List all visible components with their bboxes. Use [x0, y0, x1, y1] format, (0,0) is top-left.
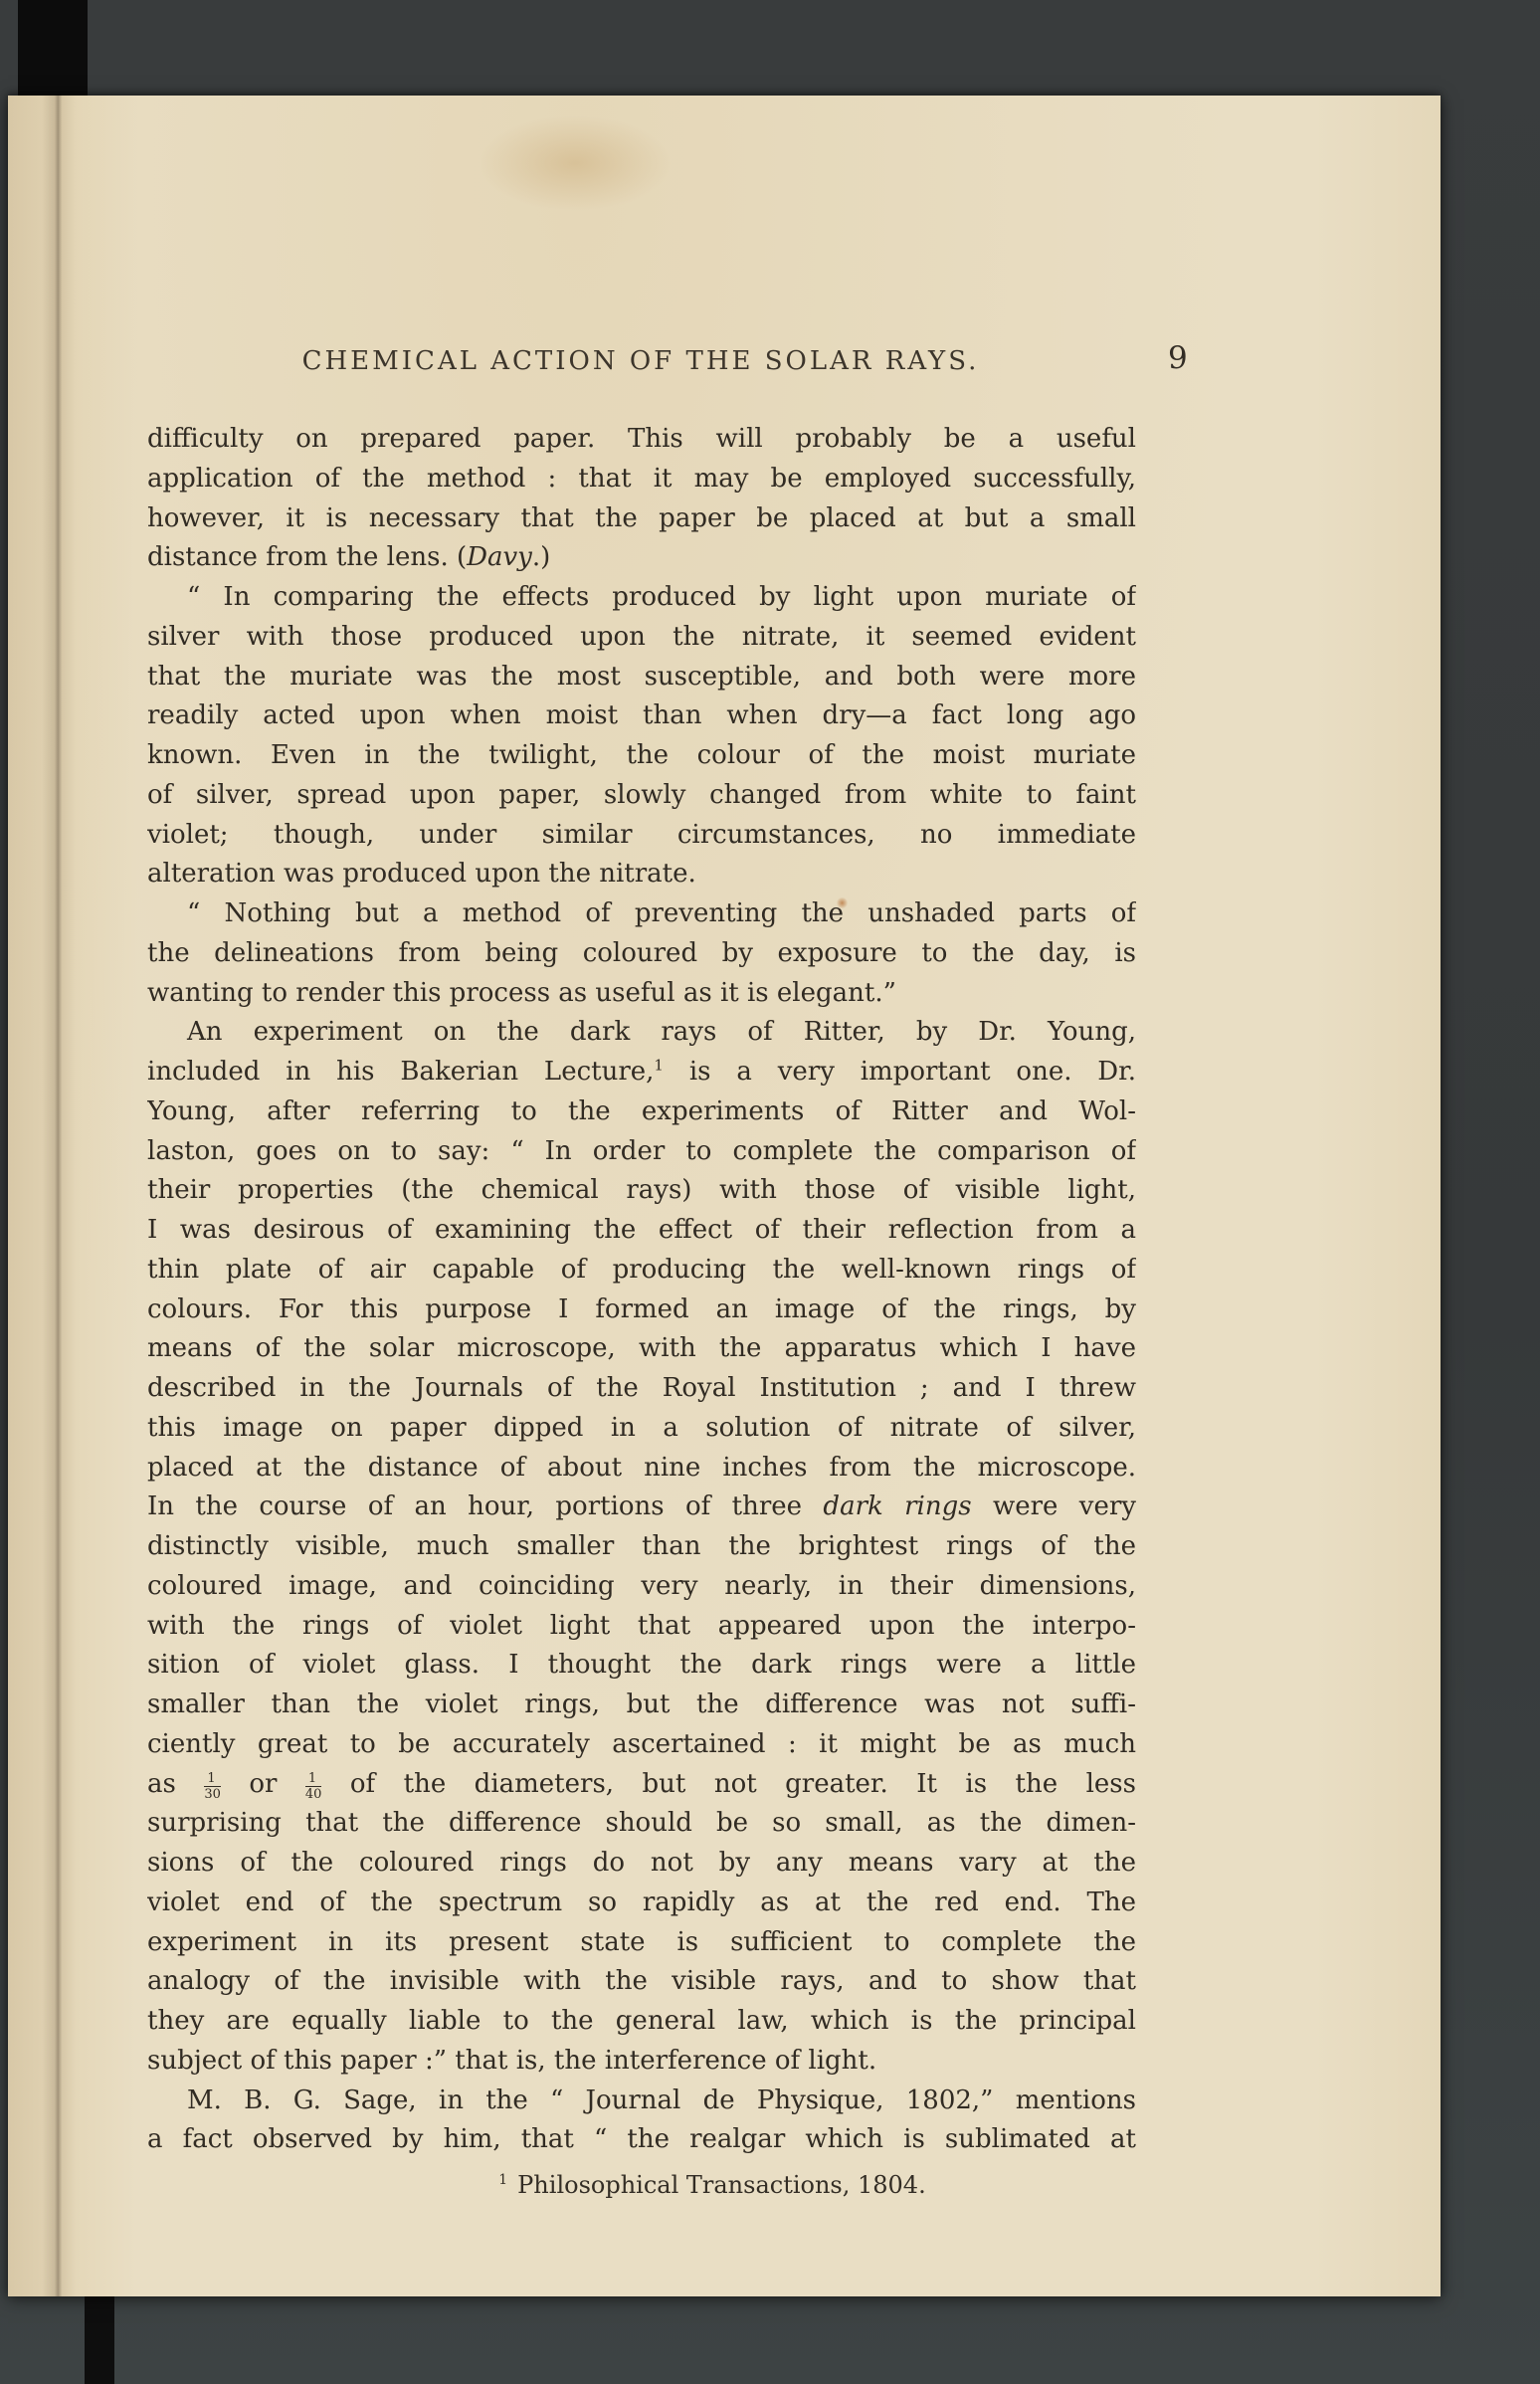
text-line: “ Nothing but a method of preventing the… [147, 898, 1136, 938]
text-line: “ In comparing the effects produced by l… [147, 582, 1136, 622]
text-line: distinctly visible, much smaller than th… [147, 1531, 1136, 1571]
text-line: the delineations from being coloured by … [147, 938, 1136, 978]
text-line: Young, after referring to the experiment… [147, 1096, 1136, 1136]
text-line: included in his Bakerian Lecture,1 is a … [147, 1057, 1136, 1096]
book-page: CHEMICAL ACTION OF THE SOLAR RAYS. 9 dif… [8, 96, 1441, 2296]
text-line: violet end of the spectrum so rapidly as… [147, 1887, 1136, 1927]
text-line: however, it is necessary that the paper … [147, 503, 1136, 543]
footnote-marker: 1 [498, 2172, 507, 2188]
text-line: violet; though, under similar circumstan… [147, 820, 1136, 860]
text-line: known. Even in the twilight, the colour … [147, 740, 1136, 780]
text-line: experiment in its present state is suffi… [147, 1927, 1136, 1967]
text-line: thin plate of air capable of producing t… [147, 1255, 1136, 1294]
text-line: colours. For this purpose I formed an im… [147, 1294, 1136, 1334]
text-line: coloured image, and coinciding very near… [147, 1571, 1136, 1611]
body-text: difficulty on prepared paper. This will … [147, 424, 1136, 2164]
fraction: 140 [305, 1772, 322, 1801]
book-spine-shadow-bottom [85, 2288, 114, 2384]
text-line: described in the Journals of the Royal I… [147, 1373, 1136, 1413]
text-line: readily acted upon when moist than when … [147, 700, 1136, 740]
text-line: means of the solar microscope, with the … [147, 1333, 1136, 1373]
page-number: 9 [1168, 340, 1188, 376]
text-line: placed at the distance of about nine inc… [147, 1453, 1136, 1492]
text-line: with the rings of violet light that appe… [147, 1611, 1136, 1651]
text-line: they are equally liable to the general l… [147, 2006, 1136, 2046]
text-line: smaller than the violet rings, but the d… [147, 1689, 1136, 1729]
text-line: their properties (the chemical rays) wit… [147, 1175, 1136, 1215]
text-line: application of the method : that it may … [147, 464, 1136, 503]
text-line: wanting to render this process as useful… [147, 978, 1136, 1018]
text-line: distance from the lens. (Davy.) [147, 542, 1136, 582]
text-line: subject of this paper :” that is, the in… [147, 2046, 1136, 2086]
text-line: sions of the coloured rings do not by an… [147, 1848, 1136, 1887]
text-line: ciently great to be accurately ascertain… [147, 1729, 1136, 1769]
text-line: M. B. G. Sage, in the “ Journal de Physi… [147, 2086, 1136, 2125]
text-line: sition of violet glass. I thought the da… [147, 1650, 1136, 1689]
fraction: 130 [204, 1772, 221, 1801]
book-spine-shadow-top [18, 0, 88, 98]
text-line: this image on paper dipped in a solution… [147, 1413, 1136, 1453]
text-line: as 130 or 140 of the diameters, but not … [147, 1769, 1136, 1809]
footnote-text: Philosophical Transactions, 1804. [517, 2171, 926, 2199]
text-line: of silver, spread upon paper, slowly cha… [147, 780, 1136, 820]
scanned-book-photo: CHEMICAL ACTION OF THE SOLAR RAYS. 9 dif… [0, 0, 1540, 2384]
text-line: analogy of the invisible with the visibl… [147, 1966, 1136, 2006]
text-line: alteration was produced upon the nitrate… [147, 859, 1136, 898]
text-line: An experiment on the dark rays of Ritter… [147, 1017, 1136, 1057]
gutter-crease [42, 96, 76, 2296]
text-line: surprising that the difference should be… [147, 1808, 1136, 1848]
paper-stain [476, 113, 674, 213]
text-line: In the course of an hour, portions of th… [147, 1491, 1136, 1531]
running-title: CHEMICAL ACTION OF THE SOLAR RAYS. [147, 346, 1134, 376]
text-line: that the muriate was the most susceptibl… [147, 662, 1136, 701]
text-line: difficulty on prepared paper. This will … [147, 424, 1136, 464]
text-line: I was desirous of examining the effect o… [147, 1215, 1136, 1255]
text-line: laston, goes on to say: “ In order to co… [147, 1136, 1136, 1176]
footnote: 1Philosophical Transactions, 1804. [219, 2171, 1206, 2199]
text-line: a fact observed by him, that “ the realg… [147, 2124, 1136, 2164]
text-line: silver with those produced upon the nitr… [147, 622, 1136, 662]
